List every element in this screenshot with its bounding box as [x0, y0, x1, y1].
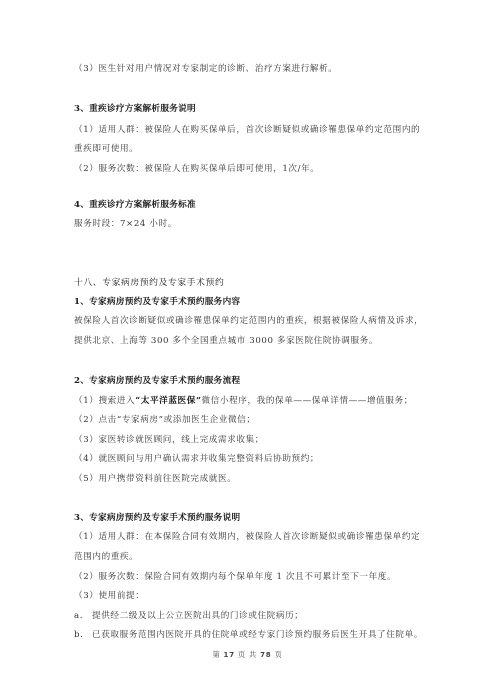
- list-marker: b.: [74, 629, 92, 641]
- total-pages-number: 78: [260, 651, 271, 659]
- paragraph-line: 服务时段：7×24 小时。: [74, 218, 177, 230]
- paragraph-line: （1）适用人群：在本保险合同有效期内，被保险人首次诊断疑似或确诊罹患保单约定: [74, 531, 420, 543]
- subsection-heading: 3、重疾诊疗方案解析服务说明: [74, 103, 196, 115]
- paragraph-line: （3）医生针对用户情况对专家制定的诊断、治疗方案进行解析。: [74, 63, 338, 75]
- paragraph-line: （3）使用前提：: [74, 590, 144, 602]
- page-footer: 第 17 页 共 78 页: [0, 650, 495, 660]
- list-item-text: 提供经二级及以上公立医院出具的门诊或住院病历；: [92, 611, 303, 621]
- app-name-emphasis: “太平洋蓝医保”: [135, 396, 201, 406]
- list-item: a.提供经二级及以上公立医院出具的门诊或住院病历；: [74, 610, 303, 622]
- paragraph-line: （2）服务次数：被保险人在购买保单后即可使用，1次/年。: [74, 163, 319, 175]
- paragraph-line: （2）点击“专家病房”或添加医生企业微信；: [74, 414, 256, 426]
- list-item: b.已获取服务范围内医院开具的住院单或经专家门诊预约服务后医生开具了住院单。: [74, 629, 423, 641]
- paragraph-line: 重疾即可使用。: [74, 143, 138, 155]
- document-page: （3）医生针对用户情况对专家制定的诊断、治疗方案进行解析。 3、重疾诊疗方案解析…: [0, 0, 495, 700]
- section-heading: 十八、专家病房预约及专家手术预约: [74, 277, 224, 289]
- paragraph-line: （5）用户携带资料前往医院完成就医。: [74, 473, 236, 485]
- paragraph-line: 提供北京、上海等 300 多个全国重点城市 3000 多家医院住院协调服务。: [74, 335, 378, 347]
- subsection-heading: 2、专家病房预约及专家手术预约服务流程: [74, 375, 240, 387]
- subsection-heading: 3、专家病房预约及专家手术预约服务说明: [74, 512, 240, 524]
- paragraph-line: 范围内的重疾。: [74, 551, 138, 563]
- footer-middle: 页 共: [238, 650, 257, 659]
- current-page-number: 17: [224, 651, 235, 659]
- paragraph-line: （1）适用人群：被保险人在购买保单后，首次诊断疑似或确诊罹患保单约定范围内的: [74, 124, 420, 136]
- footer-prefix: 第: [212, 650, 220, 659]
- step-text: 微信小程序，我的保单——保单详情——增值服务；: [201, 396, 412, 406]
- paragraph-line: 被保险人首次诊断疑似或确诊罹患保单约定范围内的重疾，根据被保险人病情及诉求，: [74, 315, 423, 327]
- paragraph-line: （3）家医转诊就医顾问，线上完成需求收集；: [74, 434, 264, 446]
- subsection-heading: 4、重疾诊疗方案解析服务标准: [74, 199, 196, 211]
- paragraph-line: （4）就医顾问与用户确认需求并收集完整资料后协助预约；: [74, 453, 319, 465]
- footer-suffix: 页: [275, 650, 283, 659]
- step-text: （1）搜索进入: [74, 396, 135, 406]
- list-item-text: 已获取服务范围内医院开具的住院单或经专家门诊预约服务后医生开具了住院单。: [92, 630, 423, 640]
- paragraph-line: （1）搜索进入“太平洋蓝医保”微信小程序，我的保单——保单详情——增值服务；: [74, 395, 413, 407]
- list-marker: a.: [74, 610, 92, 622]
- paragraph-line: （2）服务次数：保险合同有效期内每个保单年度 1 次且不可累计至下一年度。: [74, 571, 396, 583]
- subsection-heading: 1、专家病房预约及专家手术预约服务内容: [74, 296, 240, 308]
